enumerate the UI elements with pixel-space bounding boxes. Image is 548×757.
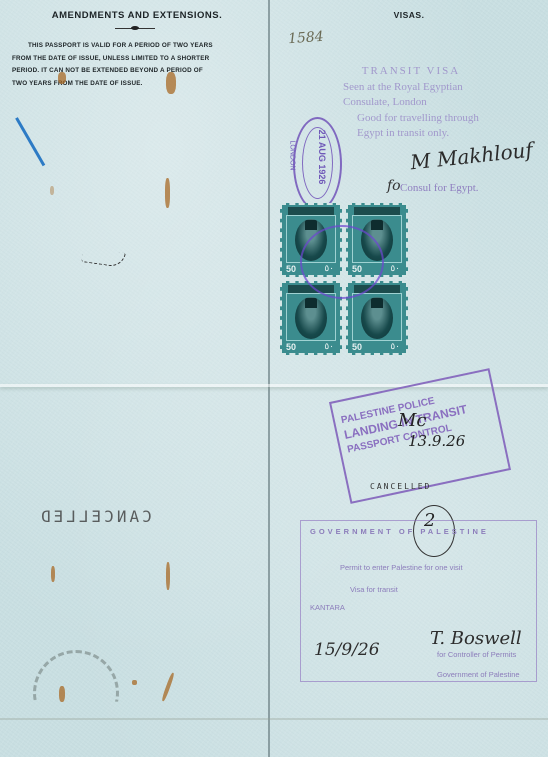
police-signature: Mc (398, 410, 427, 431)
pencil-mark (81, 247, 126, 268)
gov-stamp-line: Permit to enter Palestine for one visit (340, 562, 530, 574)
transit-visa-stamp: TRANSIT VISA Seen at the Royal Egyptian … (343, 64, 479, 142)
rust-spot (132, 680, 137, 685)
government-stamp-date: 15/9/26 (314, 640, 380, 660)
validity-line: THIS PASSPORT IS VALID FOR A PERIOD OF T… (12, 40, 257, 53)
gov-stamp-line: Visa for transit (350, 584, 530, 596)
page-divider (268, 0, 270, 757)
transit-visa-line: Consulate, London (343, 95, 479, 111)
amendments-heading: AMENDMENTS AND EXTENSIONS. (32, 10, 242, 21)
consul-signature: M Makhlouf (409, 138, 534, 175)
validity-line: TWO YEARS FROM THE DATE OF ISSUE. (12, 78, 257, 91)
rust-spot (51, 566, 55, 582)
oval-stamp-city: LONDON (289, 126, 296, 186)
gov-stamp-header: GOVERNMENT OF PALESTINE (310, 526, 530, 538)
rust-spot (161, 672, 175, 702)
controller-line: Government of Palestine (437, 670, 520, 680)
gov-stamp-line: KANTARA (310, 602, 530, 614)
rust-spot (166, 562, 170, 590)
handwritten-number: 1584 (287, 29, 324, 47)
rust-spot (58, 72, 66, 84)
cancelled-perforation: CANCELLED (370, 482, 431, 491)
stamp-value-arabic: ٥٠ (390, 263, 400, 274)
controller-line: for Controller of Permits (437, 650, 520, 660)
stamp-value-arabic: ٥٠ (390, 341, 400, 352)
cancelled-perforation: CANCELLED (38, 507, 152, 526)
government-stamp-text: GOVERNMENT OF PALESTINE Permit to enter … (310, 526, 530, 614)
blue-ink-mark (15, 117, 45, 166)
controller-signature: T. Boswell (430, 628, 522, 649)
fold-line-lower (0, 718, 548, 720)
transit-visa-line: Good for travelling through (357, 111, 479, 127)
stamp-value-arabic: ٥٠ (324, 341, 334, 352)
stamp-value: 50 (286, 342, 296, 352)
rust-spot (165, 178, 170, 208)
rust-spot (50, 186, 54, 195)
transit-visa-title: TRANSIT VISA (343, 64, 479, 80)
consul-title: Consul for Egypt. (400, 182, 479, 194)
stamp-cancellation-ring (300, 225, 384, 299)
visas-heading: VISAS. (270, 10, 548, 20)
stamp-value: 50 (286, 264, 296, 274)
transit-visa-line: Egypt in transit only. (357, 126, 479, 142)
passport-spread: AMENDMENTS AND EXTENSIONS. THIS PASSPORT… (0, 0, 548, 757)
stamp-value: 50 (352, 342, 362, 352)
embossed-seal (33, 650, 119, 736)
police-stamp-date: 13.9.26 (408, 432, 465, 450)
ornament-rule (115, 28, 155, 29)
rust-spot (166, 72, 176, 94)
signature-prefix: fo (387, 178, 401, 194)
validity-line: FROM THE DATE OF ISSUE, UNLESS LIMITED T… (12, 53, 257, 66)
rust-spot (59, 686, 65, 702)
validity-line: PERIOD. IT CAN NOT BE EXTENDED BEYOND A … (12, 65, 257, 78)
transit-visa-line: Seen at the Royal Egyptian (343, 80, 479, 96)
oval-stamp-date: 21 AUG 1926 (317, 127, 327, 187)
controller-title: for Controller of Permits Government of … (437, 650, 520, 680)
validity-notice: THIS PASSPORT IS VALID FOR A PERIOD OF T… (12, 40, 257, 90)
